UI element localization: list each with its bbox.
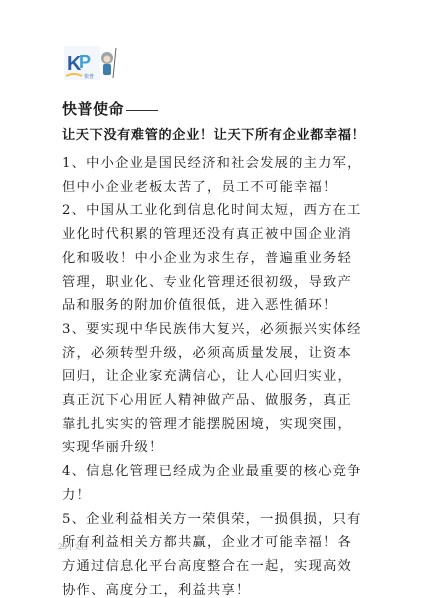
page-footer: 29 | 文档 (58, 542, 88, 552)
paragraph-3: 3、要实现中华民族伟大复兴，必须振兴实体经济，必须转型升级，必须高质量发展，让资… (62, 318, 362, 460)
paragraph-2: 2、中国从工业化到信息化时间太短，西方在工业化时代积累的管理还没有真正被中国企业… (62, 199, 362, 318)
title-text: 快普使命 (62, 100, 124, 118)
footer-text: | 文档 (69, 543, 88, 551)
paragraph-1: 1、中小企业是国民经济和社会发展的主力军，但中小企业老板太苦了，员工不可能幸福！ (62, 152, 362, 199)
paragraph-5: 5、企业利益相关方一荣俱荣，一损俱损，只有所有利益相关方都共赢，企业才可能幸福！… (62, 508, 362, 598)
kp-logo-icon: K P 快普 (64, 46, 122, 80)
company-logo: K P 快普 (64, 46, 122, 80)
svg-text:快普: 快普 (84, 73, 94, 80)
title-dash (126, 110, 158, 111)
svg-text:P: P (79, 52, 91, 72)
body-text: 1、中小企业是国民经济和社会发展的主力军，但中小企业老板太苦了，员工不可能幸福！… (62, 152, 362, 598)
slogan: 让天下没有难管的企业！让天下所有企业都幸福！ (62, 124, 365, 143)
paragraph-4: 4、信息化管理已经成为企业最重要的核心竞争力！ (62, 460, 362, 507)
page-number: 29 (58, 543, 67, 551)
page-title: 快普使命 (62, 98, 158, 119)
